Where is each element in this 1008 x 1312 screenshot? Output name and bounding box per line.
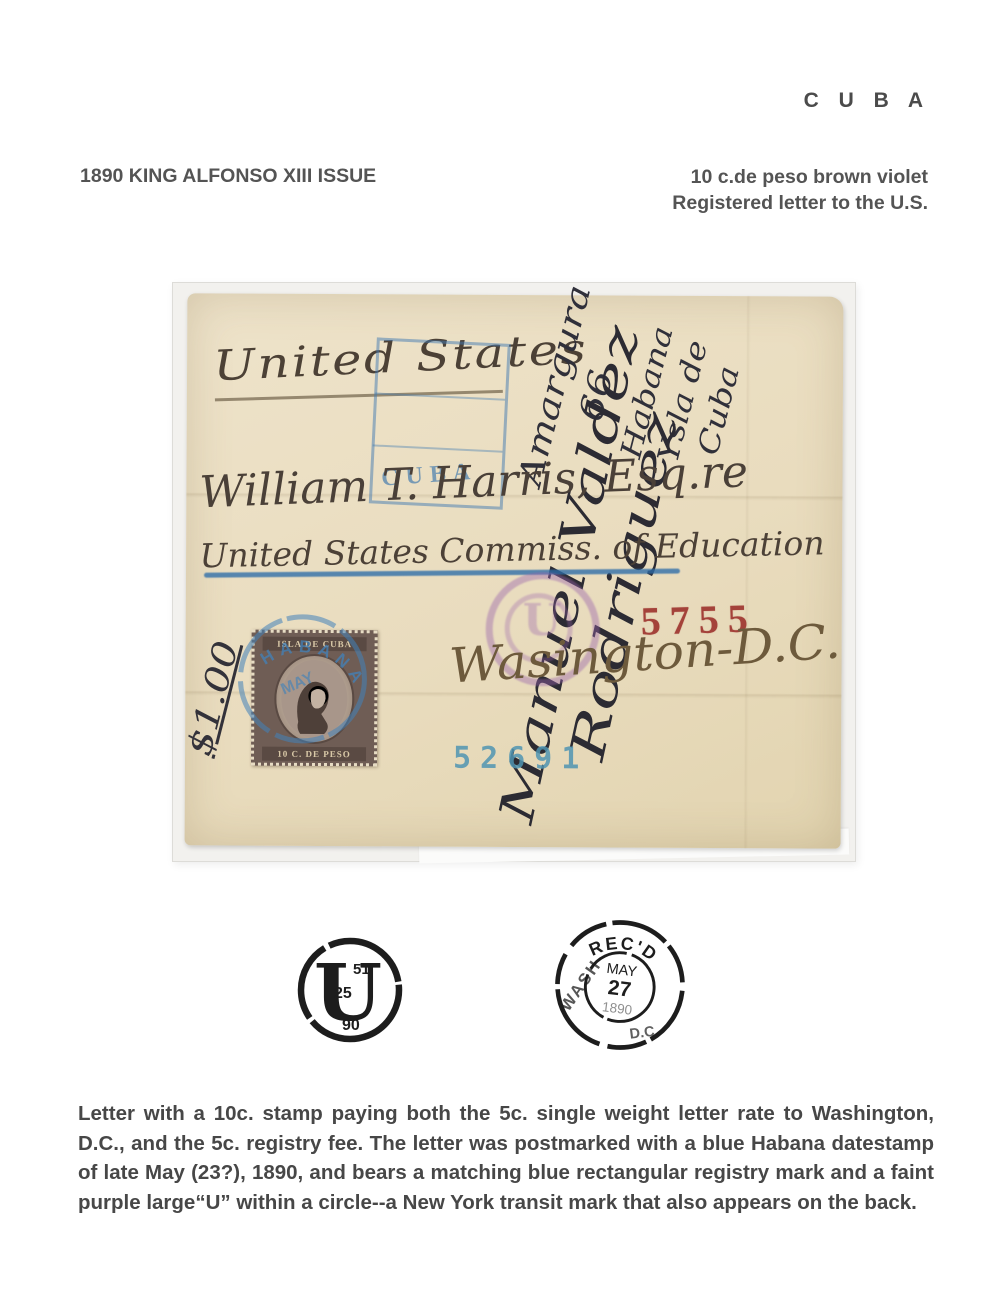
sender-signature: Manuel Valdez Rodriguez — [464, 208, 733, 954]
stamp-group: ISLA DE CUBA 10 C. DE PESO — [251, 630, 378, 767]
transit-num-top: 51 — [353, 961, 370, 978]
stamp-portrait-oval — [274, 654, 354, 744]
receiver-arc-left: WASH — [556, 956, 605, 1015]
stamp-value-text: 10 C. DE PESO — [262, 747, 366, 762]
country-header: C U B A — [804, 89, 930, 113]
king-alfonso-portrait-icon — [278, 658, 350, 740]
stamp-description-line1: 10 c.de peso brown violet — [672, 165, 928, 191]
caption-line3: of late May (23?), 1890, and bears a mat… — [78, 1158, 934, 1188]
receiver-year: 1890 — [601, 999, 633, 1018]
washington-received-postmark: REC'D WASH D.C. MAY 27 1890 — [536, 901, 703, 1068]
issue-title: 1890 KING ALFONSO XIII ISSUE — [80, 165, 376, 188]
stamp-description-line2: Registered letter to the U.S. — [672, 191, 928, 217]
alfonso-xiii-stamp: ISLA DE CUBA 10 C. DE PESO — [251, 630, 378, 767]
transit-num-mid: 25 — [334, 985, 352, 1002]
registry-box-rule — [373, 444, 503, 452]
rate-manuscript: $1.00 — [174, 614, 253, 782]
transit-num-bottom: 90 — [342, 1017, 360, 1034]
stamp-description: 10 c.de peso brown violet Registered let… — [672, 165, 928, 216]
registry-box-rule — [375, 392, 505, 400]
caption-line2: D.C., and the 5c. registry fee. The lett… — [78, 1129, 934, 1159]
stamp-country-text: ISLA DE CUBA — [263, 637, 367, 652]
organization-script: United States Commiss. of Education — [199, 523, 825, 575]
receiver-day: 27 — [607, 976, 633, 1002]
caption-line4: purple large“U” within a circle--a New Y… — [78, 1188, 934, 1218]
caption-line1: Letter with a 10c. stamp paying both the… — [78, 1099, 934, 1129]
ny-transit-u-postmark: U 51 25 90 — [290, 930, 410, 1050]
protective-sleeve: United States CUBA Amargura 66 Habana Ys… — [172, 282, 856, 862]
exhibit-caption: Letter with a 10c. stamp paying both the… — [78, 1099, 934, 1217]
exhibit-page: C U B A 1890 KING ALFONSO XIII ISSUE 10 … — [0, 0, 1008, 1312]
receiver-arc-right: D.C. — [629, 1023, 660, 1042]
envelope: United States CUBA Amargura 66 Habana Ys… — [185, 293, 844, 848]
control-number-blue: 52691 — [453, 741, 588, 777]
